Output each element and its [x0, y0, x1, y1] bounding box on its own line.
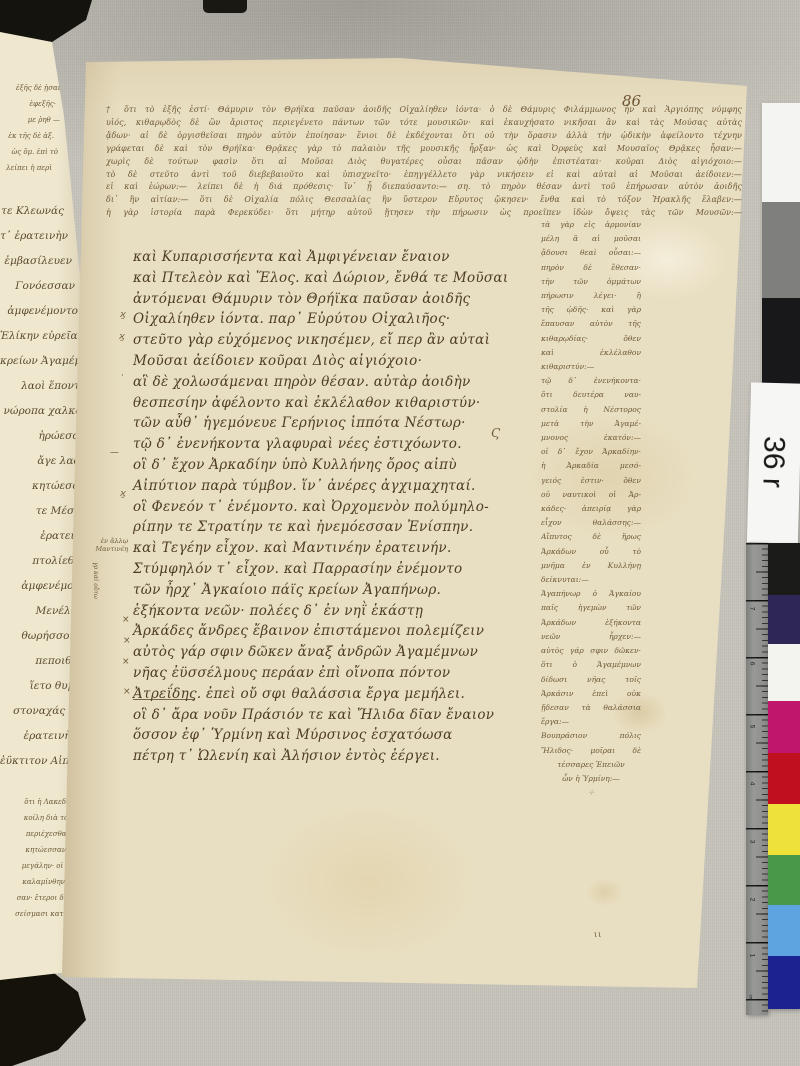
verse-line: Οἰχαλίηθεν ἰόντα. παρ᾽ Εὐρύτου Οἰχαλιῆος… — [133, 309, 515, 330]
scholia-line: παῖς ἡγεμὼν τῶν — [541, 601, 641, 615]
ruler-number: 3 — [749, 837, 756, 847]
scholia-fragment: ὡς ὅμ. ἐπὶ τὸ — [0, 148, 58, 156]
top-scholia-block: † ὅτι τὸ ἑξῆς ἐστί· Θάμυριν τὸν Θρήϊκα π… — [106, 104, 742, 220]
scholia-line: ὅτι ὁ Ἀγαμέμνων — [541, 658, 641, 672]
scholia-line: εἰ καὶ ἑώρων:— λείπει δὲ ἡ διά πρόθεσις·… — [106, 181, 742, 194]
scholia-line: νεῶν ἦρχεν:— — [541, 630, 641, 644]
scholia-line: καὶ ἐκλέλαθον — [541, 346, 641, 360]
color-patch — [768, 956, 800, 1009]
scholia-line: γειός ἐστιν· ὅθεν — [541, 474, 641, 488]
scholia-line: μνονος ἑκατόν:— — [541, 431, 641, 445]
verse-fragment: ἐμβασίλευεν — [0, 255, 72, 267]
verse-line: ρίπην τε Στρατίην τε καὶ ἠνεμόεσσαν Ἐνίσ… — [133, 517, 515, 538]
verse-line: Στύμφηλόν τ᾽ εἶχον. καὶ Παρρασίην ἐνέμον… — [133, 559, 515, 580]
margin-sign: Ϛ — [491, 426, 500, 440]
main-text-block: καὶ Κυπαρισσήεντα καὶ Ἀμφιγένειαν ἔναιον… — [133, 247, 515, 767]
verse-line: καὶ Κυπαρισσήεντα καὶ Ἀμφιγένειαν ἔναιον — [133, 247, 515, 268]
scholia-line: δείκνυται:— — [541, 573, 641, 587]
verse-line: νῆας ἐϋσσέλμους περάαν ἐπὶ οἴνοπα πόντον — [133, 663, 515, 684]
scholia-line: Ἀρκάσιν ἐπεὶ οὐκ — [541, 687, 641, 701]
color-patch — [768, 644, 800, 701]
verse-line: Ἀτρεΐδης. ἐπεὶ οὔ σφι θαλάσσια ἔργα μεμή… — [133, 684, 515, 705]
verse-line: Ἀρκάδες ἄνδρες ἔβαινον ἐπιστάμενοι πολεμ… — [133, 621, 515, 642]
color-patch — [768, 701, 800, 753]
verse-line: οἳ δ᾽ ἄρα νοῦν Πράσιόν τε καὶ Ἤλιδα δῖαν… — [133, 705, 515, 726]
vertical-margin-note: γρ καὶ οὕτω — [92, 562, 99, 599]
scholia-line: δίδωσι νῆας τοῖς — [541, 673, 641, 687]
verse-line: καὶ Τεγέην εἶχον. καὶ Μαντινέην ἐρατεινή… — [133, 538, 515, 559]
critical-mark: · — [121, 371, 124, 381]
gloss-line: Μαντινέη — [82, 546, 128, 554]
scholia-line: γράφεται δὲ καὶ τὸν Θρήϊκα· Θρᾷκες γὰρ τ… — [106, 143, 742, 156]
verse-line: πέτρη τ᾽ Ὠλενίη καὶ Ἀλήσιον ἐντὸς ἐέργει… — [133, 746, 515, 767]
manuscript-photo: { "page": { "folio_number": "86", "quire… — [0, 0, 800, 1066]
folio-label-text: 36 r — [755, 436, 790, 489]
scholia-line: κιθαριστύν:— — [541, 360, 641, 374]
scholia-line: τὴν τῶν ὀμμάτων — [541, 275, 641, 289]
scholia-line: αὐτὸς γάρ σφιν δῶκεν· — [541, 644, 641, 658]
grayscale-patch — [762, 298, 800, 387]
folio-label-slip: 36 r — [747, 382, 800, 543]
scholia-taper-line: ὧν ἡ Ὑρμίνη:— — [541, 772, 641, 786]
margin-gloss: ἐν ἄλλῳΜαντινέη — [82, 538, 128, 553]
scholia-line: ἔργα:— — [541, 715, 641, 729]
scholia-fragment: με ῥηθ — — [0, 116, 60, 124]
verse-line: ἑξήκοντα νεῶν· πολέες δ᾽ ἐν νηῒ ἑκάστῃ — [133, 601, 515, 622]
scholia-line: τὸ δὲ στεῦτο ἀντὶ τοῦ διεβεβαιοῦτο καὶ ὑ… — [106, 169, 742, 182]
verse-line: τῶν αὖθ᾽ ἡγεμόνευε Γερήνιος ἱππότα Νέστω… — [133, 413, 515, 434]
scholia-line: ἡ γὰρ ἱστορία παρὰ Φερεκύδει· ὅτι μήτηρ … — [106, 207, 742, 220]
color-patch — [768, 905, 800, 956]
binding-tab-top — [203, 0, 247, 13]
scholia-line: ᾄδουσι θεαὶ οὖσαι:— — [541, 246, 641, 260]
scholia-line: † ὅτι τὸ ἑξῆς ἐστί· Θάμυριν τὸν Θρήϊκα π… — [106, 104, 742, 117]
color-patch — [768, 595, 800, 644]
verse-fragment: λαοὶ ἕποντο — [0, 380, 86, 392]
ruler-number: 6 — [749, 659, 756, 669]
verse-line: θεσπεσίην ἀφέλοντο καὶ ἐκλέλαθον κιθαρισ… — [133, 393, 515, 414]
verse-fragment: ἀμφενέμοντο — [0, 305, 78, 317]
scholia-line: πήρωσιν λέγει· ἢ — [541, 289, 641, 303]
scholia-line: ἡ Ἀρκαδία μεσό- — [541, 459, 641, 473]
scholia-line: τῷ δ᾽ ἐνενήκοντα· — [541, 374, 641, 388]
color-patch — [768, 855, 800, 905]
scholia-line: τὰ γὰρ εἰς ἁρμονίαν — [541, 218, 641, 232]
verse-fragment: νώροπα χαλκόν — [0, 405, 88, 417]
verse-line: στεῦτο γὰρ εὐχόμενος νικησέμεν, εἴ περ ἂ… — [133, 330, 515, 351]
verse-line: τῶν ἦρχ᾽ Ἀγκαίοιο πάϊς κρείων Ἀγαπήνωρ. — [133, 580, 515, 601]
verse-line: ὅσσον ἐφ᾽ Ὑρμίνη καὶ Μύρσινος ἐσχατόωσα — [133, 725, 515, 746]
photographic-ruler: 7654321 cm — [746, 543, 768, 1015]
verse-line: οἳ δ᾽ ἔχον Ἀρκαδίην ὑπὸ Κυλλήνης ὄρος αἰ… — [133, 455, 515, 476]
scholia-line: ᾄδων· αἱ δὲ ὀργισθεῖσαι πηρὸν αὐτὸν ἐποί… — [106, 130, 742, 143]
color-calibration-bar — [768, 543, 800, 1009]
scholia-fragment: ἐφεξῆς· — [0, 100, 56, 108]
scholia-line: οἱ δ᾽ ἔχον Ἀρκαδίην· — [541, 445, 641, 459]
verse-fragment: Γονόεσσαν — [0, 280, 75, 292]
color-patch — [768, 804, 800, 855]
scholia-fragment: ἐκ τῆς δὲ ἀξ. — [0, 132, 54, 140]
verse-fragment: ἐρατεινὴν — [0, 730, 77, 742]
scholia-line: Ἀγαπήνωρ ὁ Ἀγκαίου — [541, 587, 641, 601]
scholia-line: υἱός, κιθαρῳδὸς δὲ ὢν ἄριστος περιεγένετ… — [106, 117, 742, 130]
critical-mark: ϗ — [119, 332, 125, 342]
scholia-line: Ἤλιδος· μοῖραι δὲ — [541, 744, 641, 758]
verse-line: Μοῦσαι ἀείδοιεν κοῦραι Διὸς αἰγιόχοιο· — [133, 351, 515, 372]
color-patch — [768, 753, 800, 804]
scholia-line: μετὰ τὴν Ἀγαμέ- — [541, 417, 641, 431]
critical-mark: × — [123, 687, 131, 697]
scholia-line: οὐ ναυτικοὶ οἱ Ἀρ- — [541, 488, 641, 502]
scholia-line: δι᾽ ἣν αἰτίαν:— ὅτι δὲ Οἰχαλία πόλις Θεσ… — [106, 194, 742, 207]
verse-line: οἳ Φενεόν τ᾽ ἐνέμοντο. καὶ Ὀρχομενὸν πολ… — [133, 497, 515, 518]
scholia-line: ᾔδεσαν τὰ θαλάσσια — [541, 701, 641, 715]
ruler-unit-label: cm — [749, 995, 754, 1001]
critical-mark: × — [123, 636, 131, 646]
scholia-line: κιθαρῳδίας· ὅθεν — [541, 332, 641, 346]
critical-mark: ϗ — [120, 310, 126, 320]
scholia-line: εἶχον θαλάσσης:— — [541, 516, 641, 530]
quire-mark: ιι — [594, 930, 602, 939]
grayscale-patch — [762, 103, 800, 202]
scholia-line: ὅτι δευτέρα ναυ- — [541, 388, 641, 402]
scholia-fragment: ἑξῆς δὲ ᾖσαν — [0, 84, 62, 92]
verse-fragment: Ἑλίκην εὐρεῖαν — [0, 330, 81, 342]
verse-line: καὶ Πτελεὸν καὶ Ἕλος. καὶ Δώριον, ἔνθά τ… — [133, 268, 515, 289]
scholia-line: τῆς ᾠδῆς· καὶ γὰρ — [541, 303, 641, 317]
ruler-number: 7 — [749, 604, 756, 614]
grayscale-patch — [762, 202, 800, 298]
critical-mark: — — [110, 448, 119, 458]
ruler-number: 4 — [749, 779, 756, 789]
ruler-number: 1 — [749, 951, 756, 961]
verse-line: ἀντόμεναι Θάμυριν τὸν Θρήϊκα παῦσαν ἀοιδ… — [133, 289, 515, 310]
right-scholia-taper: τέσσαρες Ἐπειῶνὧν ἡ Ὑρμίνη:—⁘ — [541, 758, 641, 801]
verse-line: αἳ δὲ χολωσάμεναι πηρὸν θέσαν. αὐτὰρ ἀοι… — [133, 372, 515, 393]
verse-fragment: ἐΰκτιτον Αἰπὺ — [0, 755, 74, 767]
scholia-taper-line: τέσσαρες Ἐπειῶν — [541, 758, 641, 772]
verse-fragment: τ᾽ ἐρατεινὴν — [0, 230, 68, 242]
scholia-taper-line: ⁘ — [541, 786, 641, 800]
scholia-line: Αἴπυτος δὲ ἥρως — [541, 530, 641, 544]
verse-line: τῷ δ᾽ ἐνενήκοντα γλαφυραὶ νέες ἐστιχόωντ… — [133, 434, 515, 455]
scholia-fragment: λείπει ἡ περὶ — [0, 164, 52, 172]
scholia-line: Βουπράσιον πόλις — [541, 729, 641, 743]
verse-fragment: κρείων Ἀγαμέμνων — [0, 355, 84, 367]
scholia-line: ἔπαυσαν αὐτὸν τῆς — [541, 317, 641, 331]
verse-fragment: τε Κλεωνάς — [0, 205, 64, 217]
scholia-line: μέλη ἃ αἱ μοῦσαι — [541, 232, 641, 246]
scholia-line: Ἀρκάδων ἑξήκοντα — [541, 616, 641, 630]
critical-mark: × — [122, 615, 130, 625]
ruler-number: 2 — [749, 895, 756, 905]
grayscale-calibration-bar — [762, 103, 800, 387]
verse-line: Αἰπύτιον παρὰ τύμβον. ἵν᾽ ἀνέρες ἀγχιμαχ… — [133, 476, 515, 497]
verse-fragment: στοναχάς τε — [0, 705, 80, 717]
critical-mark: ϗ — [120, 489, 126, 499]
right-scholia-column: τὰ γὰρ εἰς ἁρμονίανμέλη ἃ αἱ μοῦσαιᾄδουσ… — [541, 218, 641, 800]
color-patch — [768, 543, 800, 595]
right-scholia-lines: τὰ γὰρ εἰς ἁρμονίανμέλη ἃ αἱ μοῦσαιᾄδουσ… — [541, 218, 641, 758]
verse-line: αὐτὸς γάρ σφιν δῶκεν ἄναξ ἀνδρῶν Ἀγαμέμν… — [133, 642, 515, 663]
scholia-line: χωρὶς δὲ τούτων φασὶν ὅτι αἱ Μοῦσαι Διὸς… — [106, 156, 742, 169]
scholia-line: Ἀρκάδων οὗ τὸ — [541, 545, 641, 559]
critical-mark: × — [122, 657, 130, 667]
scholia-line: κάδες· ἀπειρίᾳ γὰρ — [541, 502, 641, 516]
atreides-underline — [133, 699, 195, 700]
scholia-line: μνῆμα ἐν Κυλλήνῃ — [541, 559, 641, 573]
scholia-line: πηρὸν δὲ ἔθεσαν· — [541, 261, 641, 275]
ruler-number: 5 — [749, 722, 756, 732]
scholia-line: στολία ἡ Νέστορος — [541, 403, 641, 417]
